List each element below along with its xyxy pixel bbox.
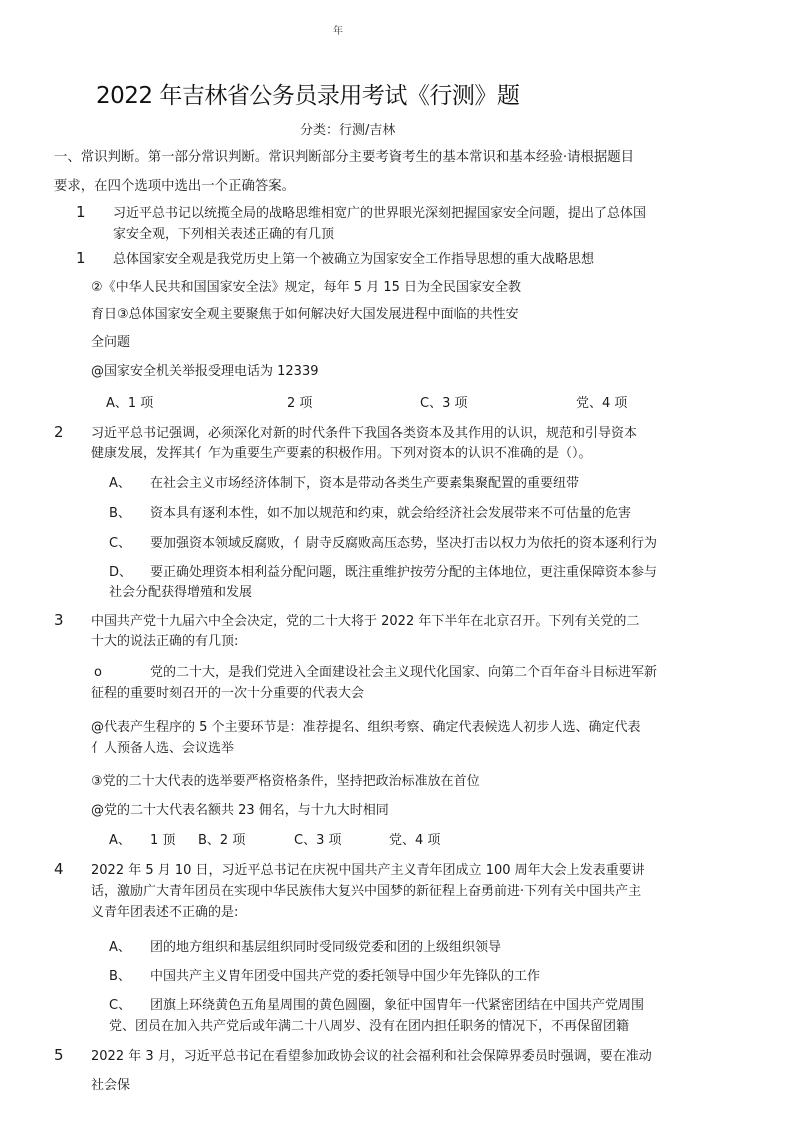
option-text: 要加强资本领域反腐败，亻尉寺反腐败高压态势，坚决打击以权力为依托的资本逐利行为 bbox=[150, 534, 657, 553]
statement-text: 全问题 bbox=[91, 333, 130, 352]
statement-text: @党的二十大代表名额共 23 佣名，与十九大时相同 bbox=[91, 801, 389, 820]
statement-marker: 1 bbox=[76, 249, 86, 267]
option-text: 中国共产主义胄年团受中国共产党的委托领导中国少年先锋队的工作 bbox=[150, 967, 540, 986]
statement-text: 育日③总体国家安全观主要聚焦于如何解决好大国发展进程中面临的共性安 bbox=[91, 305, 519, 324]
statement-text: @国家安全机关举报受理电话为 12339 bbox=[91, 362, 319, 381]
statement-text: 总体国家安全观是我党历史上第一个被确立为国家安全工作指导思想的重大战略思想 bbox=[113, 250, 594, 269]
question-stem-line2: 话，激励广大青年团员在实现中华民族伟大复兴中国梦的新征程上奋勇前进·下列有关中国… bbox=[91, 882, 641, 901]
document-category: 分类：行测/吉林 bbox=[300, 119, 395, 138]
statement-marker: o bbox=[94, 663, 102, 682]
question-stem-line1: 中国共产党十九届六中全会决定，党的二十大将于 2022 年下半年在北京召开。下列… bbox=[91, 612, 639, 631]
question-stem-line2: 健康发展，发挥其亻乍为重要生产要素的积极作用。下列对资本的认识不准确的是（）。 bbox=[91, 444, 592, 463]
option-text-continued: 社会分配获得增殖和发展 bbox=[109, 583, 252, 602]
option-label: B、 bbox=[109, 504, 131, 523]
option-text-continued: 党、团员在加入共产党后或年满二十八周岁、没有在团内担任职务的情况下，不再保留团籍 bbox=[109, 1017, 629, 1036]
document-title: 2022 年吉林省公务员录用考试《行测》题 bbox=[96, 77, 519, 110]
option-text: 要正确处理资本相利益分配问题，既注重维护按劳分配的主体地位，更注重保障资本参与 bbox=[150, 563, 657, 582]
option-label: B、 bbox=[109, 967, 131, 986]
option-c: C、3 项 bbox=[420, 394, 467, 413]
question-number: 4 bbox=[54, 860, 64, 878]
page-header-mark: 年 bbox=[333, 22, 343, 37]
option-b: 2 项 bbox=[287, 394, 312, 413]
question-stem-line3: 义青年团表述不正确的是: bbox=[91, 903, 238, 922]
question-number: 5 bbox=[54, 1046, 64, 1064]
question-number: 1 bbox=[76, 203, 86, 221]
question-stem-line1: 习近平总书记强调，必须深化对新的时代条件下我国各类资本及其作用的认识，规范和引导… bbox=[91, 424, 637, 443]
statement-text: 党的二十大，是我们党进入全面建设社会主义现代化国家、向第二个百年奋斗目标进军新 bbox=[150, 663, 657, 682]
question-stem-line1: 习近平总书记以统揽全局的战略思维相宽广的世界眼光深刻把握国家安全问题，提出了总体… bbox=[113, 204, 646, 223]
option-text: 团旗上环绕黄色五角星周围的黄色圆圈，象征中国胄年一代紧密团结在中国共产党周围 bbox=[150, 996, 644, 1015]
statement-text-continued: 亻人预备人选、会议选举 bbox=[91, 739, 234, 758]
option-d: 党、4 项 bbox=[576, 394, 627, 413]
option-a: 1 顶 bbox=[150, 831, 175, 850]
question-stem-line1: 2022 年 5 月 10 日，习近平总书记在庆祝中国共产主义青年团成立 100… bbox=[91, 861, 645, 880]
option-label: D、 bbox=[109, 563, 132, 582]
option-a: A、1 项 bbox=[106, 394, 153, 413]
option-text: 资本具有逐利本性，如不加以规范和约束，就会给经济社会发展带来不可估量的危害 bbox=[150, 504, 631, 523]
question-number: 3 bbox=[54, 611, 64, 629]
question-number: 2 bbox=[54, 423, 64, 441]
option-a-label: A、 bbox=[109, 831, 131, 850]
option-label: A、 bbox=[109, 474, 131, 493]
section-intro-line1: 一、常识判断。第一部分常识判断。常识判断部分主要考資考生的基本常识和基本经验·请… bbox=[54, 148, 634, 167]
statement-text: @代表产生程序的 5 个主要环节是：准荐提名、组织考察、确定代表候选人初步人选、… bbox=[91, 718, 641, 737]
option-label: C、 bbox=[109, 996, 131, 1015]
question-stem-line2: 社会保 bbox=[91, 1076, 130, 1095]
option-b: B、2 项 bbox=[198, 831, 245, 850]
option-label: C、 bbox=[109, 534, 131, 553]
section-intro-line2: 要求，在四个选项中选出一个正确答案。 bbox=[54, 177, 295, 196]
option-c: C、3 项 bbox=[294, 831, 341, 850]
option-text: 团的地方组织和基层组织同时受同级党委和团的上级组织领导 bbox=[150, 938, 501, 957]
option-d: 党、4 项 bbox=[389, 831, 440, 850]
option-text: 在社会主义市场经济体制下，资本是带动各类生产要素集聚配置的重要纽带 bbox=[150, 474, 579, 493]
question-stem-line2: 家安全观，下列相关表述正确的有几顶 bbox=[113, 225, 334, 244]
option-label: A、 bbox=[109, 938, 131, 957]
statement-text: ②《中华人民共和国国家安全法》规定，每年 5 月 15 日为全民国家安全教 bbox=[91, 278, 521, 297]
question-stem-line2: 十大的说法正确的有几顶: bbox=[91, 632, 238, 651]
statement-text: ③党的二十大代表的选举要严格资格条件，坚持把政治标准放在首位 bbox=[91, 772, 480, 791]
statement-text-continued: 征程的重要时刻召开的一次十分重要的代表大会 bbox=[91, 684, 364, 703]
question-stem-line1: 2022 年 3 月，习近平总书记在看望参加政协会议的社会福利和社会保障界委员时… bbox=[91, 1047, 652, 1066]
